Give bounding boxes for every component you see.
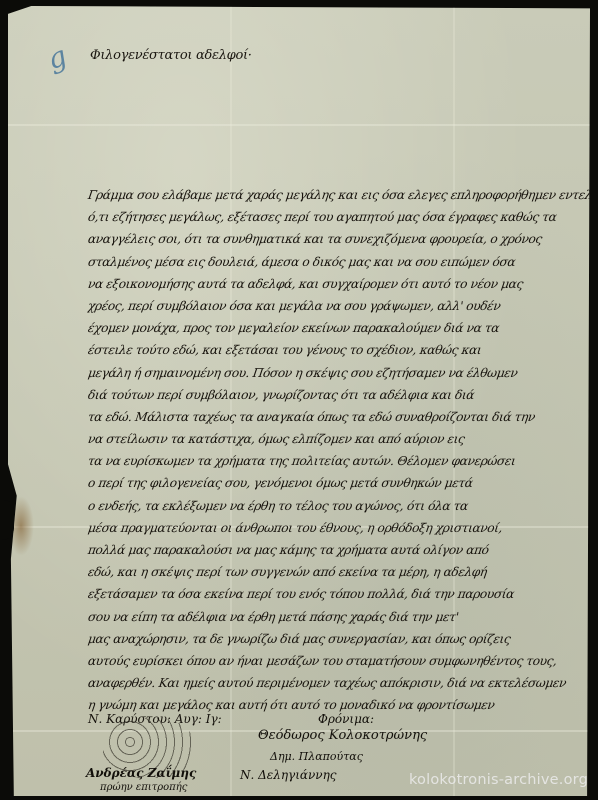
text-line: έχομεν μονάχα, προς τον μεγαλείον εκείνω… bbox=[86, 317, 594, 339]
text-line: αναγγέλεις σοι, ότι τα συνθηματικά και τ… bbox=[86, 228, 594, 250]
signature: Δημ. Πλαπούτας bbox=[270, 750, 363, 763]
text-line: χρέος, περί συμβόλαιον όσα και μεγάλα να… bbox=[86, 295, 594, 317]
signature: Ν. Δεληγιάννης bbox=[240, 768, 337, 782]
signature: Θεόδωρος Κολοκοτρώνης bbox=[258, 728, 427, 743]
signature: πρώην επιτροπής bbox=[100, 782, 187, 793]
text-line: ο ενδεής, τα εκλέξωμεν να έρθη το τέλος … bbox=[86, 495, 594, 517]
text-line: ό,τι εζήτησες μεγάλως, εξέτασες περί του… bbox=[86, 206, 594, 228]
text-line: μέσα πραγματεύονται οι άνθρωποι του έθνο… bbox=[86, 517, 594, 539]
letter-body: Γράμμα σου ελάβαμε μετά χαράς μεγάλης κα… bbox=[88, 184, 593, 717]
text-line: αυτούς ευρίσκει όπου αν ήναι μεσάζων του… bbox=[86, 650, 594, 672]
text-line: ο περί της φιλογενείας σου, γενόμενοι όμ… bbox=[86, 472, 594, 494]
paper-tear bbox=[0, 500, 14, 540]
text-line: να στείλωσιν τα κατάστιχα, όμως ελπίζομε… bbox=[86, 428, 594, 450]
text-line: μας αναχώρησιν, τα δε γνωρίζω διά μας συ… bbox=[86, 628, 594, 650]
paper-fold bbox=[8, 124, 590, 126]
manuscript-page: g Φιλογενέστατοι αδελφοί· Γράμμα σου ελά… bbox=[8, 6, 590, 796]
text-line: μεγάλη ή σημαινομένη σου. Πόσον η σκέψις… bbox=[86, 362, 594, 384]
text-line: Γράμμα σου ελάβαμε μετά χαράς μεγάλης κα… bbox=[86, 184, 594, 206]
salutation: Φιλογενέστατοι αδελφοί· bbox=[90, 48, 252, 63]
text-line: σταλμένος μέσα εις δουλειά, άμεσα ο δικό… bbox=[86, 251, 594, 273]
text-line: εξετάσαμεν τα όσα εκείνα περί του ενός τ… bbox=[86, 583, 594, 605]
text-line: αναφερθέν. Και ημείς αυτού περιμένομεν τ… bbox=[86, 672, 594, 694]
text-line: πολλά μας παρακαλούσι να μας κάμης τα χρ… bbox=[86, 539, 594, 561]
text-line: έστειλε τούτο εδώ, και εξετάσαι του γένο… bbox=[86, 339, 594, 361]
closing-trail: Φρόνιμα: bbox=[318, 712, 374, 726]
text-line: τα να ευρίσκωμεν τα χρήματα της πολιτεία… bbox=[86, 450, 594, 472]
text-line: εδώ, και η σκέψις περί των συγγενών από … bbox=[86, 561, 594, 583]
text-line: διά τούτων περί συμβόλαιον, γνωρίζοντας … bbox=[86, 384, 594, 406]
signature: Ανδρέας Ζαΐμης bbox=[86, 766, 196, 780]
text-line: να εξοικονομήσης αυτά τα αδελφά, και συγ… bbox=[86, 273, 594, 295]
margin-annotation: g bbox=[43, 39, 71, 76]
watermark: kolokotronis-archive.org bbox=[409, 772, 588, 788]
text-line: σου να είπη τα αδέλφια να έρθη μετά πάση… bbox=[86, 606, 594, 628]
text-line: τα εδώ. Μάλιστα ταχέως τα αναγκαία όπως … bbox=[86, 406, 594, 428]
